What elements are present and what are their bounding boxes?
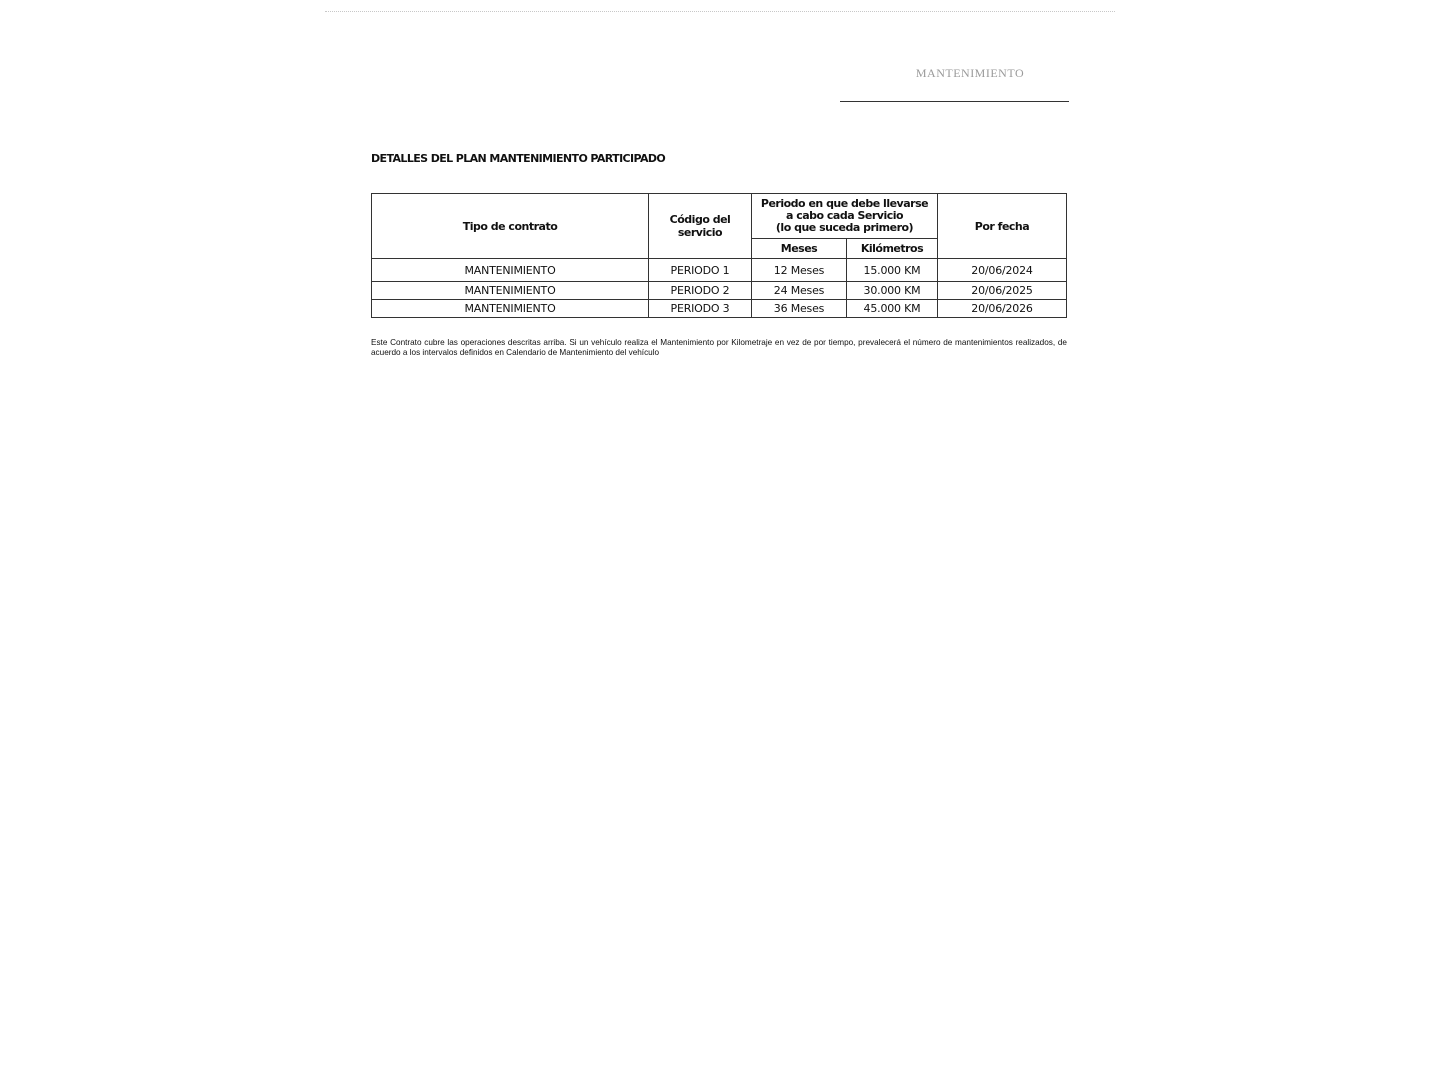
cell-codigo: PERIODO 1 [649,259,752,282]
header-por-fecha: Por fecha [938,194,1067,259]
table-row: MANTENIMIENTO PERIODO 1 12 Meses 15.000 … [372,259,1067,282]
cell-tipo: MANTENIMIENTO [372,300,649,318]
cell-tipo: MANTENIMIENTO [372,282,649,300]
header-kilometros: Kilómetros [847,239,938,259]
cell-meses: 24 Meses [752,282,847,300]
header-periodo: Periodo en que debe llevarse a cabo cada… [752,194,938,239]
cell-codigo: PERIODO 3 [649,300,752,318]
table-row: MANTENIMIENTO PERIODO 3 36 Meses 45.000 … [372,300,1067,318]
header-tipo-contrato: Tipo de contrato [372,194,649,259]
section-title: DETALLES DEL PLAN MANTENIMIENTO PARTICIP… [371,152,665,165]
cell-km: 30.000 KM [847,282,938,300]
cell-fecha: 20/06/2026 [938,300,1067,318]
header-signature-line [840,101,1069,102]
header-periodo-line3: (lo que suceda primero) [752,222,937,234]
header-label: MANTENIMIENTO [880,66,1060,81]
cell-fecha: 20/06/2025 [938,282,1067,300]
cell-km: 45.000 KM [847,300,938,318]
scan-top-rule [325,11,1115,12]
cell-codigo: PERIODO 2 [649,282,752,300]
table-row: MANTENIMIENTO PERIODO 2 24 Meses 30.000 … [372,282,1067,300]
cell-tipo: MANTENIMIENTO [372,259,649,282]
header-codigo-servicio: Código del servicio [649,194,752,259]
cell-meses: 36 Meses [752,300,847,318]
cell-km: 15.000 KM [847,259,938,282]
cell-meses: 12 Meses [752,259,847,282]
contract-notice: Este Contrato cubre las operaciones desc… [371,338,1067,358]
header-meses: Meses [752,239,847,259]
maintenance-plan-table: Tipo de contrato Código del servicio Per… [371,193,1067,318]
cell-fecha: 20/06/2024 [938,259,1067,282]
